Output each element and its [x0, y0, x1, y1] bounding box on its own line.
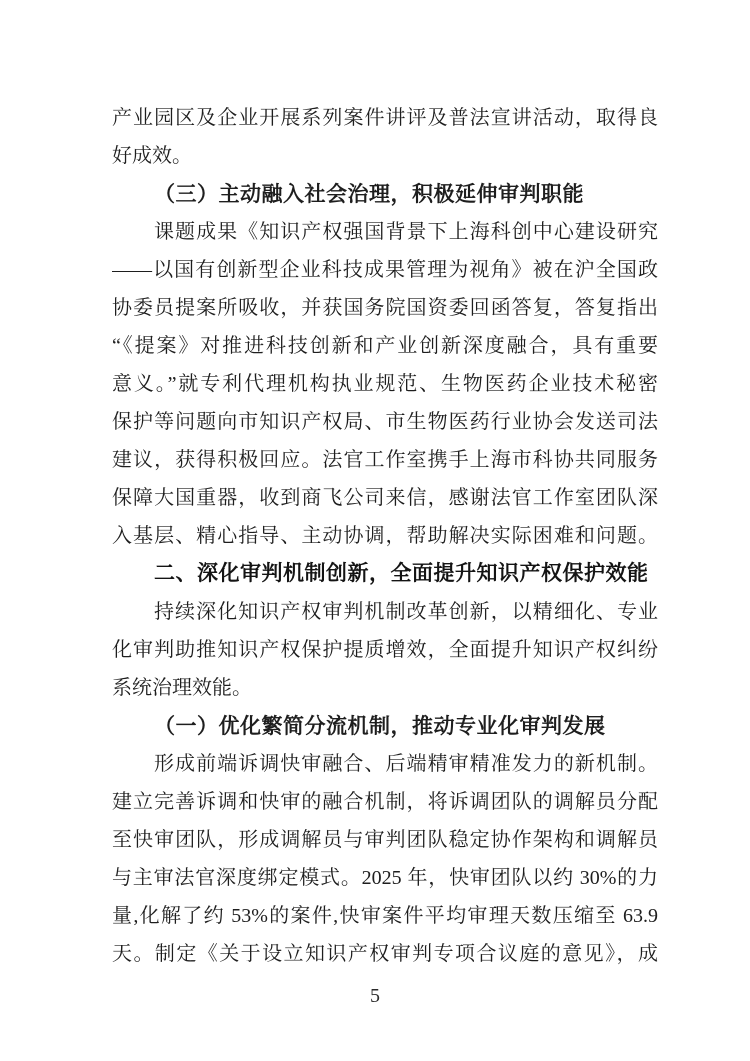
body-line: 保护等问题向市知识产权局、市生物医药行业协会发送司法: [112, 403, 658, 441]
body-line: “《提案》对推进科技创新和产业创新深度融合，具有重要: [112, 327, 658, 365]
body-line: 保障大国重器，收到商飞公司来信，感谢法官工作室团队深: [112, 479, 658, 517]
body-line: 入基层、精心指导、主动协调，帮助解决实际困难和问题。: [112, 517, 658, 555]
body-line: 建立完善诉调和快审的融合机制，将诉调团队的调解员分配: [112, 783, 658, 821]
body-line: 化审判助推知识产权保护提质增效，全面提升知识产权纠纷: [112, 631, 658, 669]
section-heading-2: 二、深化审判机制创新，全面提升知识产权保护效能: [112, 555, 658, 593]
body-line: 好成效。: [112, 137, 658, 175]
body-line: 协委员提案所吸收，并获国务院国资委回函答复，答复指出: [112, 289, 658, 327]
body-line: 与主审法官深度绑定模式。2025 年，快审团队以约 30%的力: [112, 859, 658, 897]
page-number: 5: [0, 977, 750, 1015]
document-page: 产业园区及企业开展系列案件讲评及普法宣讲活动，取得良 好成效。 （三）主动融入社…: [0, 0, 750, 1061]
body-line: 持续深化知识产权审判机制改革创新，以精细化、专业: [112, 593, 658, 631]
subsection-heading-3: （三）主动融入社会治理，积极延伸审判职能: [112, 175, 658, 213]
body-line: 产业园区及企业开展系列案件讲评及普法宣讲活动，取得良: [112, 99, 658, 137]
body-line: 建议，获得积极回应。法官工作室携手上海市科协共同服务: [112, 441, 658, 479]
body-line: 系统治理效能。: [112, 669, 658, 707]
document-text-block: 产业园区及企业开展系列案件讲评及普法宣讲活动，取得良 好成效。 （三）主动融入社…: [112, 99, 658, 973]
body-line: 量,化解了约 53%的案件,快审案件平均审理天数压缩至 63.9: [112, 897, 658, 935]
body-line: 意义。”就专利代理机构执业规范、生物医药企业技术秘密: [112, 365, 658, 403]
subsection-heading-1: （一）优化繁简分流机制，推动专业化审判发展: [112, 707, 658, 745]
body-line: 天。制定《关于设立知识产权审判专项合议庭的意见》，成: [112, 935, 658, 973]
body-line: 形成前端诉调快审融合、后端精审精准发力的新机制。: [112, 745, 658, 783]
body-line: 至快审团队，形成调解员与审判团队稳定协作架构和调解员: [112, 821, 658, 859]
body-line: ——以国有创新型企业科技成果管理为视角》被在沪全国政: [112, 251, 658, 289]
body-line: 课题成果《知识产权强国背景下上海科创中心建设研究: [112, 213, 658, 251]
